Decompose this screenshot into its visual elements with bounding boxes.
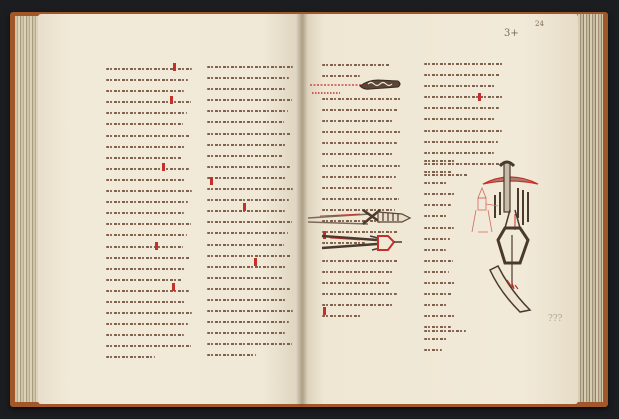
pincer-illustration <box>308 210 410 224</box>
manuscript-photo: 3+ 24 ??? <box>0 0 619 419</box>
illustrations-layer <box>0 0 619 419</box>
lifting-device-illustration <box>483 162 538 312</box>
tongs-illustration <box>322 236 402 250</box>
knife-illustration <box>310 80 400 93</box>
